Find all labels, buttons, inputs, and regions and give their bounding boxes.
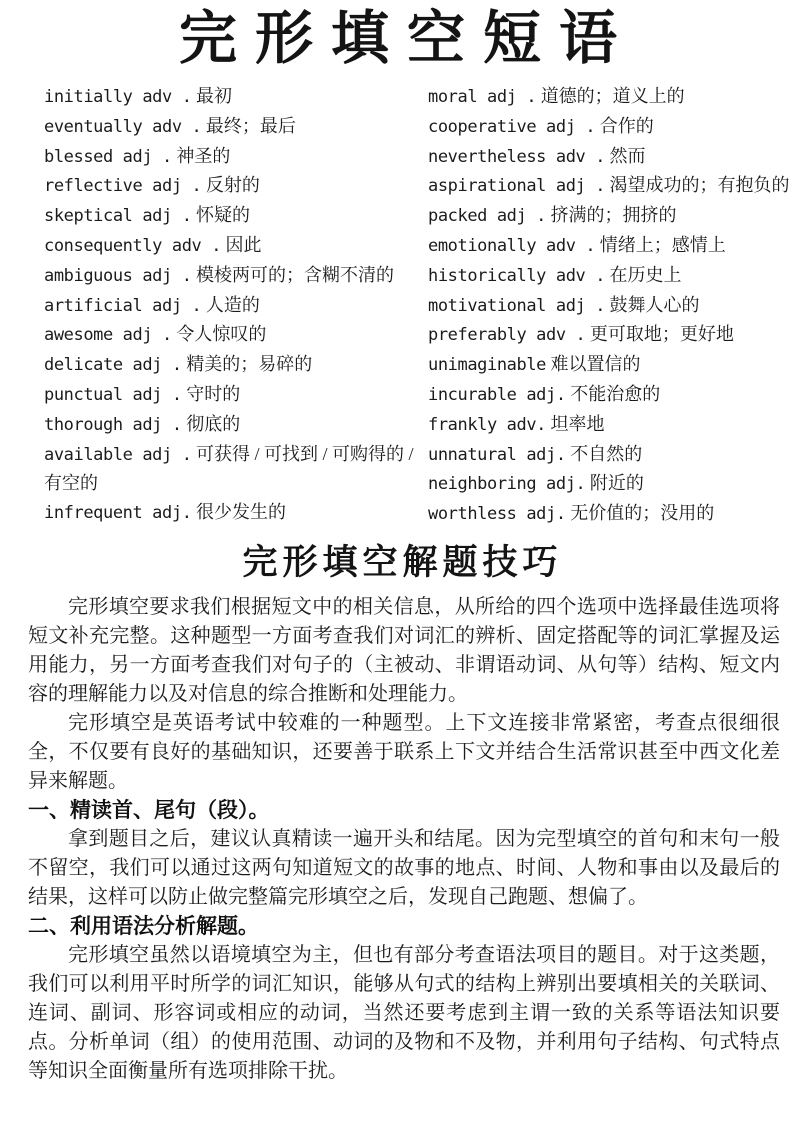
vocab-meaning: 因此 — [226, 235, 262, 255]
vocab-meaning: 坦率地 — [551, 414, 605, 434]
vocab-meaning: 然而 — [610, 146, 646, 166]
vocab-entry: packed adj . 挤满的；拥挤的 — [428, 201, 800, 231]
vocab-entry: emotionally adv . 情绪上；感情上 — [428, 231, 800, 261]
vocab-meaning: 最终；最后 — [206, 116, 296, 136]
vocab-word: cooperative adj . — [428, 117, 595, 137]
vocab-word: moral adj . — [428, 87, 536, 107]
vocab-entry: awesome adj . 令人惊叹的 — [44, 320, 428, 350]
vocab-word: reflective adj . — [44, 176, 201, 196]
vocab-word: consequently adv . — [44, 236, 221, 256]
page-title: 完形填空短语 — [0, 2, 800, 76]
vocab-meaning: 无价值的；没用的 — [570, 503, 714, 523]
vocab-word: skeptical adj . — [44, 206, 192, 226]
vocab-entry: initially adv . 最初 — [44, 82, 428, 112]
vocab-entry: skeptical adj . 怀疑的 — [44, 201, 428, 231]
vocab-word: incurable adj. — [428, 385, 566, 405]
vocab-entry: eventually adv . 最终；最后 — [44, 112, 428, 142]
vocab-entry: nevertheless adv . 然而 — [428, 142, 800, 172]
vocab-meaning: 令人惊叹的 — [176, 324, 266, 344]
vocab-meaning: 模棱两可的；含糊不清的 — [196, 265, 394, 285]
vocab-meaning: 很少发生的 — [196, 502, 286, 522]
vocab-column-left: initially adv . 最初 eventually adv . 最终；最… — [44, 82, 428, 528]
vocab-meaning: 不能治愈的 — [570, 384, 660, 404]
vocab-entry: historically adv . 在历史上 — [428, 261, 800, 291]
section-title: 完形填空解题技巧 — [0, 539, 800, 587]
subheading-1: 一、精读首、尾句（段）。 — [28, 796, 780, 825]
vocab-word: blessed adj . — [44, 147, 172, 167]
vocab-word: packed adj . — [428, 206, 546, 226]
vocab-word: nevertheless adv . — [428, 147, 605, 167]
vocab-entry: ambiguous adj . 模棱两可的；含糊不清的 — [44, 261, 428, 291]
vocab-entry: infrequent adj. 很少发生的 — [44, 498, 428, 528]
vocab-word: unnatural adj. — [428, 445, 566, 465]
document-page: 完形填空短语 initially adv . 最初 eventually adv… — [0, 0, 800, 1131]
vocab-entry: blessed adj . 神圣的 — [44, 142, 428, 172]
vocab-meaning: 人造的 — [206, 295, 260, 315]
vocab-meaning: 怀疑的 — [196, 205, 250, 225]
vocab-meaning: 挤满的；拥挤的 — [551, 205, 677, 225]
vocab-meaning: 难以置信的 — [551, 354, 641, 374]
vocab-entry: delicate adj . 精美的；易碎的 — [44, 350, 428, 380]
vocab-entry: aspirational adj . 渴望成功的；有抱负的 — [428, 171, 800, 201]
vocab-meaning: 在历史上 — [610, 265, 682, 285]
vocab-entry: unimaginable 难以置信的 — [428, 350, 800, 380]
vocab-entry: unnatural adj. 不自然的 — [428, 440, 800, 470]
vocab-meaning: 神圣的 — [176, 146, 230, 166]
body-section: 完形填空要求我们根据短文中的相关信息，从所给的四个选项中选择最佳选项将短文补充完… — [0, 591, 800, 1086]
vocab-entry: moral adj . 道德的；道义上的 — [428, 82, 800, 112]
vocab-entry: frankly adv. 坦率地 — [428, 410, 800, 440]
vocab-word: aspirational adj . — [428, 176, 605, 196]
vocab-meaning: 道德的；道义上的 — [541, 86, 685, 106]
vocab-word: awesome adj . — [44, 325, 172, 345]
vocab-meaning: 守时的 — [186, 384, 240, 404]
vocab-meaning: 彻底的 — [186, 414, 240, 434]
intro-paragraph-2: 完形填空是英语考试中较难的一种题型。上下文连接非常紧密，考查点很细很全，不仅要有… — [28, 709, 780, 796]
vocab-column-right: moral adj . 道德的；道义上的 cooperative adj . 合… — [428, 82, 800, 529]
vocab-entry: motivational adj . 鼓舞人心的 — [428, 291, 800, 321]
vocab-entry: reflective adj . 反射的 — [44, 171, 428, 201]
vocab-meaning: 不自然的 — [570, 444, 642, 464]
vocab-meaning: 合作的 — [600, 116, 654, 136]
vocab-word: worthless adj. — [428, 504, 566, 524]
vocab-entry: artificial adj . 人造的 — [44, 291, 428, 321]
vocab-meaning: 更可取地；更好地 — [590, 324, 734, 344]
vocab-meaning: 鼓舞人心的 — [610, 295, 700, 315]
vocab-entry: cooperative adj . 合作的 — [428, 112, 800, 142]
vocab-word: preferably adv . — [428, 325, 585, 345]
vocab-word: delicate adj . — [44, 355, 182, 375]
vocab-meaning: 精美的；易碎的 — [186, 354, 312, 374]
vocab-word: motivational adj . — [428, 296, 605, 316]
vocab-entry: thorough adj . 彻底的 — [44, 410, 428, 440]
vocab-meaning: 最初 — [196, 86, 232, 106]
vocab-word: thorough adj . — [44, 415, 182, 435]
vocab-word: punctual adj . — [44, 385, 182, 405]
vocab-entry: worthless adj. 无价值的；没用的 — [428, 499, 800, 529]
vocab-word: artificial adj . — [44, 296, 201, 316]
vocab-entry: neighboring adj. 附近的 — [428, 469, 800, 499]
vocab-word: infrequent adj. — [44, 503, 192, 523]
tip-paragraph-2: 完形填空虽然以语境填空为主，但也有部分考查语法项目的题目。对于这类题，我们可以利… — [28, 941, 780, 1086]
vocab-meaning: 反射的 — [206, 175, 260, 195]
vocab-word: initially adv . — [44, 87, 192, 107]
vocab-word: eventually adv . — [44, 117, 201, 137]
vocab-entry: incurable adj. 不能治愈的 — [428, 380, 800, 410]
vocab-meaning: 渴望成功的；有抱负的 — [610, 175, 790, 195]
subheading-2: 二、利用语法分析解题。 — [28, 912, 780, 941]
vocab-entry: punctual adj . 守时的 — [44, 380, 428, 410]
vocab-word: historically adv . — [428, 266, 605, 286]
vocab-meaning: 情绪上；感情上 — [600, 235, 726, 255]
tip-paragraph-1: 拿到题目之后，建议认真精读一遍开头和结尾。因为完型填空的首句和末句一般不留空，我… — [28, 825, 780, 912]
vocab-entry: preferably adv . 更可取地；更好地 — [428, 320, 800, 350]
vocab-word: frankly adv. — [428, 415, 546, 435]
vocab-word: emotionally adv . — [428, 236, 595, 256]
vocab-entry: available adj . 可获得 / 可找到 / 可购得的 / 有空的 — [44, 440, 428, 499]
vocab-entry: consequently adv . 因此 — [44, 231, 428, 261]
intro-paragraph-1: 完形填空要求我们根据短文中的相关信息，从所给的四个选项中选择最佳选项将短文补充完… — [28, 593, 780, 709]
vocab-word: ambiguous adj . — [44, 266, 192, 286]
vocab-meaning: 附近的 — [590, 473, 644, 493]
vocab-word: unimaginable — [428, 355, 546, 375]
vocab-word: available adj . — [44, 445, 192, 465]
vocab-section: initially adv . 最初 eventually adv . 最终；最… — [0, 82, 800, 529]
vocab-word: neighboring adj. — [428, 474, 585, 494]
